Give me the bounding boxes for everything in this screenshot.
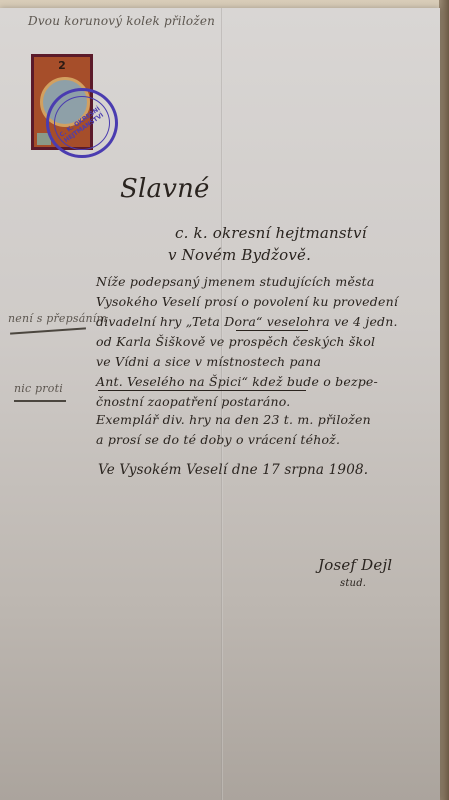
binding-edge	[439, 0, 449, 800]
salutation: Slavné	[120, 174, 210, 204]
body-line-9: a prosí se do té doby o vrácení téhož.	[96, 432, 340, 447]
play-title-underline	[236, 330, 308, 331]
body-line-8: Exemplář div. hry na den 23 t. m. přilož…	[96, 412, 371, 427]
addressee-line-2: v Novém Bydžově.	[168, 246, 311, 264]
body-line-1: Níže podepsaný jmenem studujících města	[96, 274, 375, 289]
body-line-2: Vysokého Veselí prosí o povolení ku prov…	[96, 294, 398, 309]
margin-note-2: nic proti	[14, 382, 63, 395]
top-note: Dvou korunový kolek přiložen	[28, 14, 215, 28]
margin-note-1: není s přepsáním	[8, 312, 107, 325]
signature-title: stud.	[340, 578, 366, 589]
stamp-denomination: 2	[34, 59, 90, 72]
body-line-4: od Karla Šiškově ve prospěch českých ško…	[96, 334, 375, 349]
official-seal: C. K. OKRESNÍ HEJTMANSTVÍ	[46, 88, 118, 158]
body-line-5: ve Vídni a sice v místnostech pana	[96, 354, 321, 369]
date-line: Ve Vysokém Veselí dne 17 srpna 1908.	[98, 462, 368, 478]
body-line-6: Ant. Veselého na Špici“ kdež bude o bezp…	[96, 374, 378, 389]
body-line-7: čnostní zaopatření postaráno.	[96, 394, 290, 409]
margin-note-2-underline	[14, 400, 66, 402]
body-line-3: divadelní hry „Teta Dora“ veselohra ve 4…	[96, 314, 398, 329]
margin-note-1-underline	[10, 327, 86, 334]
document-page: Dvou korunový kolek přiložen 2 C. K. OKR…	[0, 8, 440, 800]
location-underline	[98, 390, 306, 391]
signature-name: Josef Dejl	[318, 556, 392, 574]
addressee-line-1: c. k. okresní hejtmanství	[175, 224, 367, 242]
